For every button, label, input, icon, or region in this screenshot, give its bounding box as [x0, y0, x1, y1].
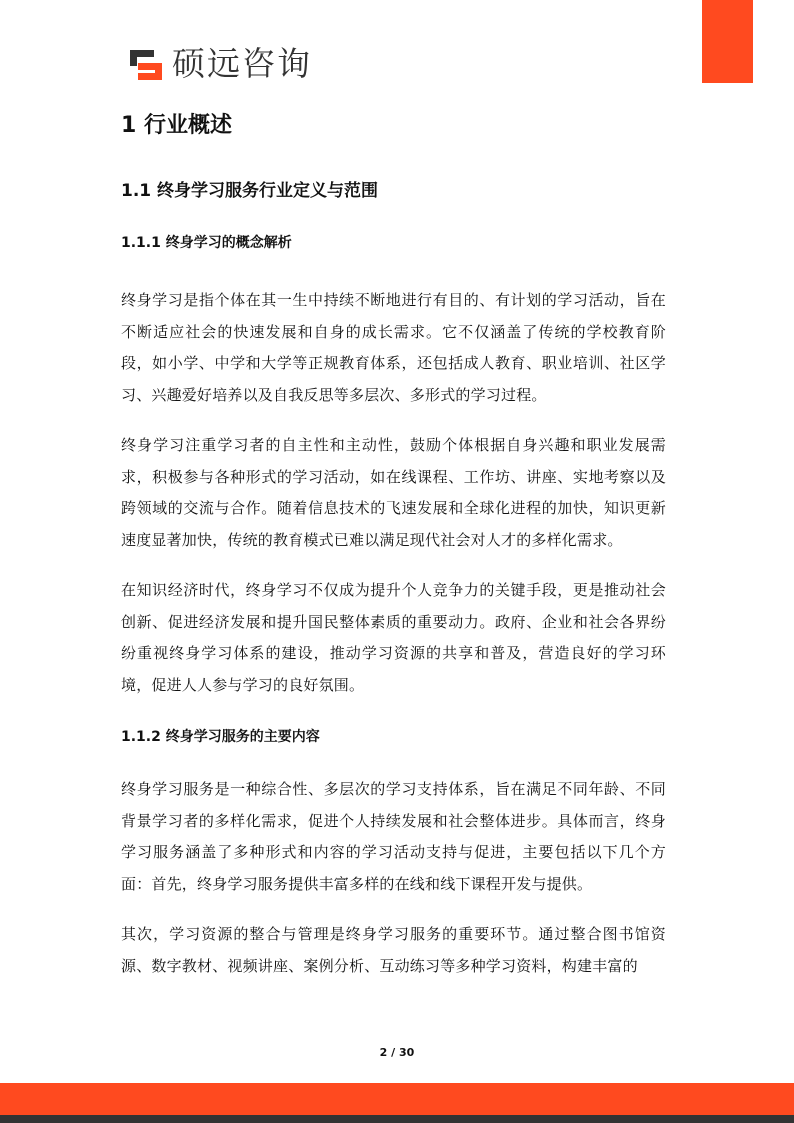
brand-name: 硕远咨询 [172, 44, 312, 84]
subsection-title: 1.1.1 终身学习的概念解析 [121, 231, 666, 255]
logo-mark-icon [128, 46, 164, 82]
paragraph: 终身学习服务是一种综合性、多层次的学习支持体系，旨在满足不同年龄、不同背景学习者… [121, 774, 666, 900]
brand-logo: 硕远咨询 [128, 44, 312, 84]
document-body: 1 行业概述 1.1 终身学习服务行业定义与范围 1.1.1 终身学习的概念解析… [121, 108, 666, 982]
page-number: 2 / 30 [0, 1046, 794, 1059]
corner-accent-block [702, 0, 753, 83]
footer-accent-bar [0, 1083, 794, 1115]
subsection-title: 1.1.2 终身学习服务的主要内容 [121, 725, 666, 749]
paragraph: 终身学习注重学习者的自主性和主动性，鼓励个体根据自身兴趣和职业发展需求，积极参与… [121, 430, 666, 556]
paragraph: 终身学习是指个体在其一生中持续不断地进行有目的、有计划的学习活动，旨在不断适应社… [121, 285, 666, 411]
chapter-title: 1 行业概述 [121, 108, 666, 144]
paragraph: 在知识经济时代，终身学习不仅成为提升个人竞争力的关键手段，更是推动社会创新、促进… [121, 575, 666, 701]
footer-dark-bar [0, 1115, 794, 1123]
paragraph: 其次，学习资源的整合与管理是终身学习服务的重要环节。通过整合图书馆资源、数字教材… [121, 919, 666, 982]
section-title: 1.1 终身学习服务行业定义与范围 [121, 177, 666, 205]
